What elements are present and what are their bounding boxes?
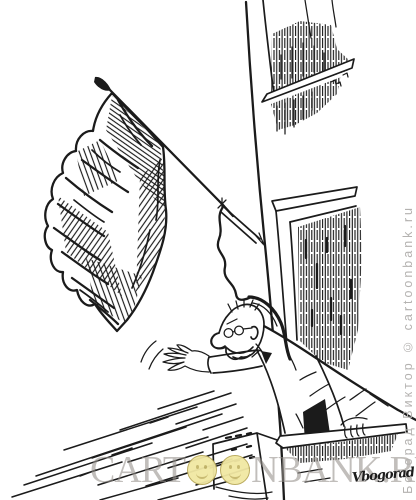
rooftop-sketch-lines — [12, 391, 252, 500]
wall-bracket — [221, 208, 260, 243]
rope — [218, 207, 249, 300]
reaching-hand — [163, 345, 209, 372]
cartoon-page: CARTNBANK.RU Богорад Виктор © cartoonban… — [0, 0, 416, 500]
motion-lines — [141, 341, 163, 369]
cartoon-drawing — [0, 0, 416, 500]
man — [141, 297, 416, 442]
upper-window — [262, 0, 354, 134]
